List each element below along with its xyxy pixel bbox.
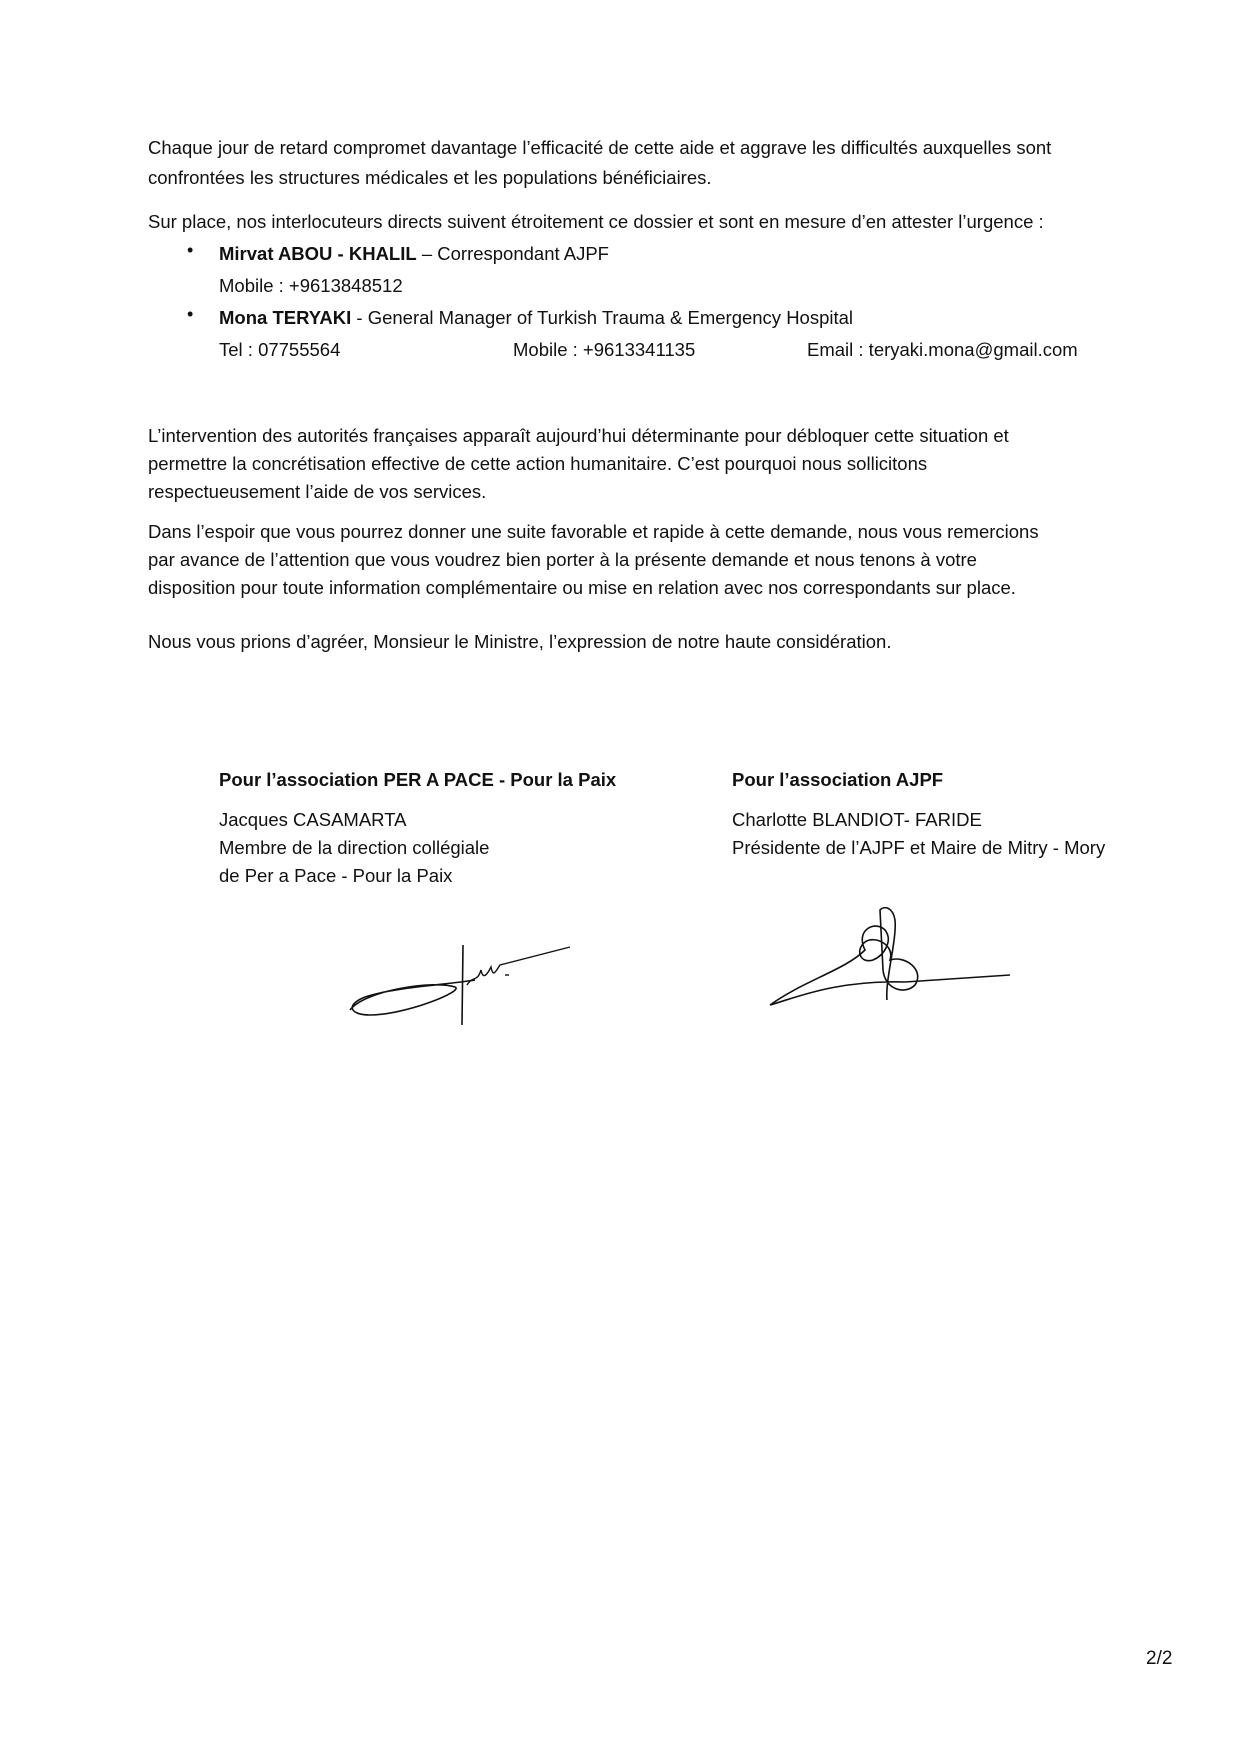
paragraph-intervention-line2: permettre la concrétisation effective de… — [148, 450, 1178, 478]
signer-title-line1: Présidente de l’AJPF et Maire de Mitry -… — [732, 834, 1105, 862]
signature-blandiot-icon — [765, 900, 1015, 1010]
signature-heading: Pour l’association AJPF — [732, 766, 1105, 794]
signer-name: Jacques CASAMARTA — [219, 806, 616, 834]
contact-2-line: Mona TERYAKI - General Manager of Turkis… — [219, 304, 853, 332]
contact-2-role: - General Manager of Turkish Trauma & Em… — [351, 307, 853, 328]
signature-block-per-a-pace: Pour l’association PER A PACE - Pour la … — [219, 766, 616, 890]
contact-2-mobile: Mobile : +9613341135 — [513, 336, 695, 364]
contact-2-tel: Tel : 07755564 — [219, 336, 340, 364]
paragraph-delay-line2: confrontées les structures médicales et … — [148, 164, 1178, 192]
contact-2-name: Mona TERYAKI — [219, 307, 351, 328]
contact-1-name: Mirvat ABOU - KHALIL — [219, 243, 417, 264]
paragraph-thanks-line1: Dans l’espoir que vous pourrez donner un… — [148, 518, 1178, 546]
bullet-icon: • — [187, 304, 193, 325]
contact-1-mobile: Mobile : +9613848512 — [219, 272, 403, 300]
paragraph-thanks-line3: disposition pour toute information compl… — [148, 574, 1178, 602]
signer-title-line1: Membre de la direction collégiale — [219, 834, 616, 862]
bullet-icon: • — [187, 240, 193, 261]
contact-2-email[interactable]: Email : teryaki.mona@gmail.com — [807, 336, 1078, 364]
paragraph-intervention-line1: L’intervention des autorités françaises … — [148, 422, 1178, 450]
page-number: 2/2 — [1146, 1648, 1172, 1670]
paragraph-closing: Nous vous prions d’agréer, Monsieur le M… — [148, 628, 1178, 656]
signer-title-line2: de Per a Pace - Pour la Paix — [219, 862, 616, 890]
contact-1-line: Mirvat ABOU - KHALIL – Correspondant AJP… — [219, 240, 609, 268]
signature-block-ajpf: Pour l’association AJPF Charlotte BLANDI… — [732, 766, 1105, 862]
paragraph-contacts-intro: Sur place, nos interlocuteurs directs su… — [148, 208, 1178, 236]
paragraph-intervention-line3: respectueusement l’aide de vos services. — [148, 478, 1178, 506]
contact-1-role: – Correspondant AJPF — [417, 243, 609, 264]
paragraph-thanks-line2: par avance de l’attention que vous voudr… — [148, 546, 1178, 574]
signer-name: Charlotte BLANDIOT- FARIDE — [732, 806, 1105, 834]
signature-casamarta-icon — [345, 935, 575, 1025]
signature-heading: Pour l’association PER A PACE - Pour la … — [219, 766, 616, 794]
paragraph-delay-line1: Chaque jour de retard compromet davantag… — [148, 134, 1178, 162]
